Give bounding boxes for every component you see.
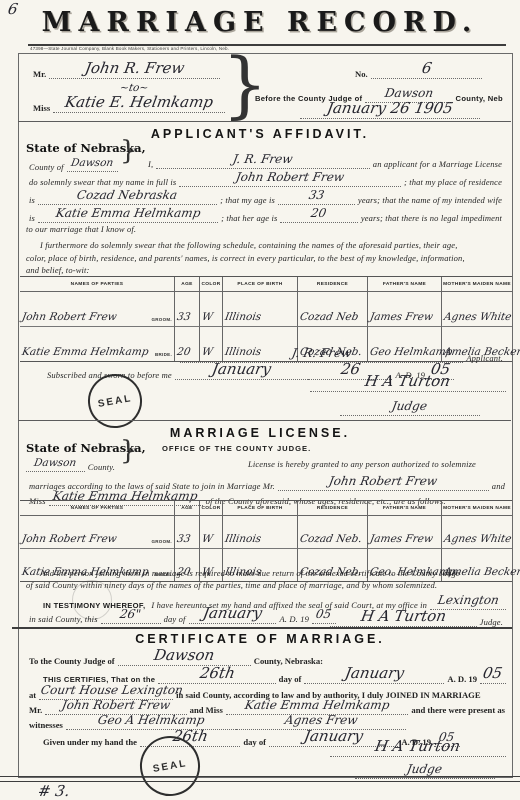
applicant-signature: J. R. Frew	[291, 347, 353, 359]
affidavit-line4: is Katie Emma Helmkamp ; that her age is…	[26, 204, 505, 223]
groom-age: 33	[176, 312, 191, 323]
license-return1: And the person joining them in marriage …	[40, 568, 460, 578]
groom-name-header: John R. Frew	[84, 61, 186, 76]
affidavit-heading: APPLICANT'S AFFIDAVIT.	[0, 127, 520, 141]
groom-color: W	[201, 534, 214, 545]
groom-birth-cell: Illinois	[223, 516, 298, 549]
printer-imprint: 47398—State Journal Company, Blank Book …	[30, 46, 229, 51]
groom-birth: Illinois	[224, 534, 262, 545]
license-groom-name: John Robert Frew	[328, 475, 438, 487]
certificate-month: January	[344, 666, 406, 681]
license-day-of: day of	[164, 614, 186, 624]
page-title: MARRIAGE RECORD.	[0, 7, 520, 38]
applicant-label: Applicant.	[466, 353, 503, 363]
groom-father-cell: James Frew	[368, 292, 442, 327]
license-body1: License is hereby granted to any person …	[248, 459, 476, 469]
bride-name-cell: Katie Emma Helmkamp	[21, 347, 149, 358]
groom-color-cell: W	[200, 292, 223, 327]
record-number: 6	[420, 61, 432, 76]
col-fathers-name: FATHER'S NAME	[368, 277, 442, 292]
given-day-of: day of	[243, 737, 266, 747]
col-mothers-maiden-name: MOTHER'S MAIDEN NAME	[442, 501, 512, 516]
office-of-county-judge-label: OFFICE OF THE COUNTY JUDGE.	[162, 444, 311, 453]
l4-post: years; that there is no legal impediment	[361, 213, 502, 223]
l4-mid: ; that her age is	[221, 213, 277, 223]
col-fathers-name: FATHER'S NAME	[368, 501, 442, 516]
office-place: Lexington	[437, 594, 500, 606]
license-judge-signature: H A Turton	[360, 609, 448, 624]
groom-residence-cell: Cozad Neb.	[298, 516, 368, 549]
groom-residence-cell: Cozad Neb	[298, 292, 368, 327]
county-name-header: Dawson	[384, 87, 434, 99]
license-county-label: County.	[88, 462, 115, 472]
given-label: Given under my hand the	[43, 737, 137, 747]
affidavit-line3: is Cozad Nebraska ; that my age is 33 ye…	[26, 186, 505, 205]
license-date-line: in said County, this 26" day of January …	[26, 605, 336, 624]
groom-age: 33	[176, 534, 191, 545]
groom-birth: Illinois	[224, 312, 262, 323]
col-place-of-birth: PLACE OF BIRTH	[223, 501, 298, 516]
affidavit-para2c: and belief, to-wit:	[26, 265, 90, 275]
groom-color: W	[201, 312, 214, 323]
col-mothers-maiden-name: MOTHER'S MAIDEN NAME	[442, 277, 512, 292]
certificate-bride-name: Katie Emma Helmkamp	[244, 699, 391, 711]
col-names-of-parties: NAMES OF PARTIES	[20, 501, 175, 516]
col-place-of-birth: PLACE OF BIRTH	[223, 277, 298, 292]
license-month: January	[202, 606, 264, 621]
license-heading: MARRIAGE LICENSE.	[0, 426, 520, 440]
groom-color-cell: W	[200, 516, 223, 549]
applicant-signature-inline: J. R. Frew	[232, 153, 294, 165]
miss-label: Miss	[33, 103, 50, 113]
certificate-day: 26th	[198, 666, 235, 681]
col-residence: RESIDENCE	[298, 501, 368, 516]
l4-pre: is	[29, 213, 35, 223]
groom-mother: Agnes White	[443, 534, 512, 545]
groom-name-cell: John Robert Frew	[21, 534, 117, 545]
certificate-judge-label: Judge	[406, 763, 443, 775]
license-county-value: Dawson	[33, 458, 77, 469]
groom-role-label: GROOM.	[151, 317, 172, 322]
col-names-of-parties: NAMES OF PARTIES	[20, 277, 175, 292]
license-ss: ss.	[131, 446, 138, 453]
intended-wife-name: Katie Emma Helmkamp	[55, 207, 202, 219]
affidavit-judge-signature: H A Turton	[364, 374, 452, 389]
groom-mother-cell: Agnes White	[442, 516, 512, 549]
mr-label: Mr.	[33, 69, 46, 79]
affidavit-para2b: color, place of birth, residence, and pa…	[26, 253, 465, 263]
affidavit-county-value: Dawson	[70, 158, 114, 169]
col-age: AGE	[175, 277, 200, 292]
table-row: Katie Emma Helmkamp BRIDE.	[20, 327, 175, 361]
groom-name-line: Mr. John R. Frew	[30, 60, 220, 79]
bride-name-header: Katie E. Helmkamp	[64, 95, 215, 110]
affidavit-line1: I, J. R. Frew an applicant for a Marriag…	[145, 150, 505, 169]
groom-father-cell: James Frew	[368, 516, 442, 549]
affidavit-ss: ss.	[131, 146, 138, 153]
table-row: John Robert Frew GROOM.	[20, 292, 175, 327]
col-color: COLOR	[200, 501, 223, 516]
groom-father: James Frew	[369, 534, 434, 545]
groom-role-label: GROOM.	[151, 539, 172, 544]
groom-birth-cell: Illinois	[223, 292, 298, 327]
affidavit-judge-label-line: Judge	[340, 397, 480, 416]
affidavit-judge-label: Judge	[391, 400, 428, 412]
present-label: and there were present as	[411, 705, 505, 715]
certificate-heading: CERTIFICATE OF MARRIAGE.	[0, 632, 520, 646]
header-date-line: January 26 1905	[300, 100, 480, 119]
certificate-divider	[12, 627, 512, 629]
to-label: ~to~	[119, 83, 149, 94]
marriage-record-page: 6 MARRIAGE RECORD. 47398—State Journal C…	[0, 0, 520, 800]
certificate-year: 05	[482, 666, 504, 681]
certificate-judge-signature: H A Turton	[374, 739, 462, 754]
applicant-residence: Cozad Nebraska	[76, 189, 178, 201]
groom-mother: Agnes White	[443, 312, 512, 323]
affidavit-line5: to our marriage that I know of.	[26, 224, 136, 234]
license-ad-label: A. D. 19	[279, 614, 309, 624]
bride-name-line: Miss Katie E. Helmkamp	[30, 94, 225, 113]
marriage-place: Court House Lexington	[40, 684, 184, 696]
witness-2: Agnes Frew	[284, 714, 359, 726]
intended-wife-age: 20	[310, 207, 327, 219]
footer-mark: # 3.	[37, 784, 71, 799]
certificate-groom-name: John Robert Frew	[61, 699, 171, 711]
groom-age-cell: 33	[175, 516, 200, 549]
groom-name-cell: John Robert Frew	[21, 312, 117, 323]
certificate-county: Dawson	[153, 648, 216, 663]
groom-father: James Frew	[369, 312, 434, 323]
sworn-month: January	[211, 362, 273, 377]
col-residence: RESIDENCE	[298, 277, 368, 292]
license-divider	[18, 420, 511, 421]
table-row: John Robert Frew GROOM.	[20, 516, 175, 549]
no-label: No.	[355, 69, 368, 79]
bottom-double-rule	[0, 776, 520, 782]
license-judge-signature-line: H A Turton Judge.	[330, 608, 506, 627]
affidavit-line2: do solemnly swear that my name in full i…	[26, 168, 505, 187]
col-age: AGE	[175, 501, 200, 516]
this-pre: in said County, this	[29, 614, 98, 624]
witness-1: Geo A Helmkamp	[97, 714, 206, 726]
groom-mother-cell: Agnes White	[442, 292, 512, 327]
certificate-to-line: To the County Judge of Dawson County, Ne…	[26, 647, 326, 666]
applicant-full-name: John Robert Frew	[235, 171, 345, 183]
affidavit-judge-signature-line: H A Turton	[310, 373, 506, 392]
license-judge-label: Judge.	[480, 617, 503, 627]
record-number-line: No. 6	[352, 60, 482, 79]
bride-role-label: BRIDE.	[155, 352, 172, 357]
header-date: January 26 1905	[326, 101, 454, 116]
groom-residence: Cozad Neb	[299, 312, 359, 323]
license-day: 26"	[119, 608, 142, 620]
col-color: COLOR	[200, 277, 223, 292]
applicant-age: 33	[308, 189, 325, 201]
groom-age-cell: 33	[175, 292, 200, 327]
affidavit-para2a: I furthermore do solemnly swear that the…	[40, 240, 457, 250]
license-county-line: Dawson County.	[26, 453, 118, 472]
groom-residence: Cozad Neb.	[299, 534, 363, 545]
certificate-judge-signature-line: H A Turton	[330, 738, 506, 757]
